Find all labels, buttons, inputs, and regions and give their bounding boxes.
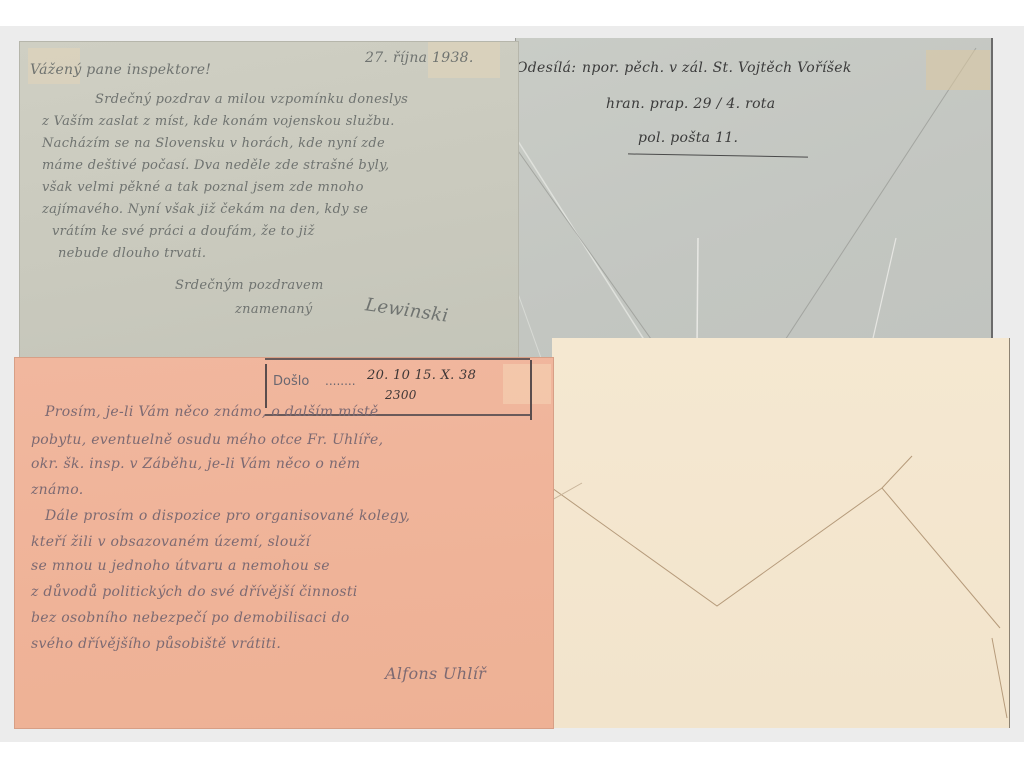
envelope-flap-lines [552, 338, 1010, 728]
stamp-number: 2300 [385, 388, 417, 402]
letter-line: bez osobního nebezpečí po demobilisaci d… [31, 610, 350, 626]
stamp-date: 20. 10 15. X. 38 [367, 368, 476, 383]
letter-line: okr. šk. insp. v Záběhu, je-li Vám něco … [31, 456, 360, 472]
letter-line: Srdečný pozdrav a milou vzpomínku donesl… [95, 92, 408, 107]
letter-line: pobytu, eventuelně osudu mého otce Fr. U… [31, 432, 383, 448]
signature: Lewinski [364, 294, 450, 326]
stamp-label: Došlo [273, 374, 309, 389]
closing-line-2: znamenaný [235, 302, 313, 317]
salmon-postcard: Došlo ........ 20. 10 15. X. 38 2300 Pro… [15, 358, 553, 728]
letter-date: 27. října 1938. [365, 50, 474, 66]
closing-line-1: Srdečným pozdravem [175, 278, 324, 293]
sender-label: Odesílá: [516, 60, 576, 76]
letter-line: máme deštivé počasí. Dva neděle zde stra… [42, 158, 389, 173]
sender-line-3: pol. pošta 11. [638, 130, 738, 146]
letter-line: však velmi pěkné a tak poznal jsem zde m… [42, 180, 364, 195]
letter-line: vrátím ke své práci a doufám, že to již [52, 224, 315, 239]
letter-line: kteří žili v obsazovaném území, slouží [31, 534, 310, 550]
salutation: Vážený pane inspektore! [30, 62, 211, 78]
letter-line: svého dřívějšího působiště vrátiti. [31, 636, 281, 652]
letter-line: z Vaším zaslat z míst, kde konám vojensk… [42, 114, 395, 129]
letter-line: se mnou u jednoho útvaru a nemohou se [31, 558, 330, 574]
grey-postcard: 27. října 1938. Vážený pane inspektore! … [20, 42, 518, 360]
letter-line: známo. [31, 482, 83, 498]
letter-line: Dále prosím o dispozice pro organisované… [45, 508, 410, 524]
cream-envelope [552, 338, 1010, 728]
tape-strip [926, 50, 990, 90]
letter-line: zajímavého. Nyní však již čekám na den, … [42, 202, 368, 217]
sender-line-2: hran. prap. 29 / 4. rota [606, 96, 775, 112]
letter-line: Nacházím se na Slovensku v horách, kde n… [42, 136, 385, 151]
letter-line: Prosím, je-li Vám něco známo, o dalším m… [45, 404, 379, 420]
letter-line: z důvodů politických do své dřívější čin… [31, 584, 358, 600]
letter-line: nebude dlouho trvati. [58, 246, 206, 261]
signature: Alfons Uhlíř [385, 664, 486, 683]
sender-line-1: npor. pěch. v zál. St. Vojtěch Voříšek [582, 60, 852, 76]
